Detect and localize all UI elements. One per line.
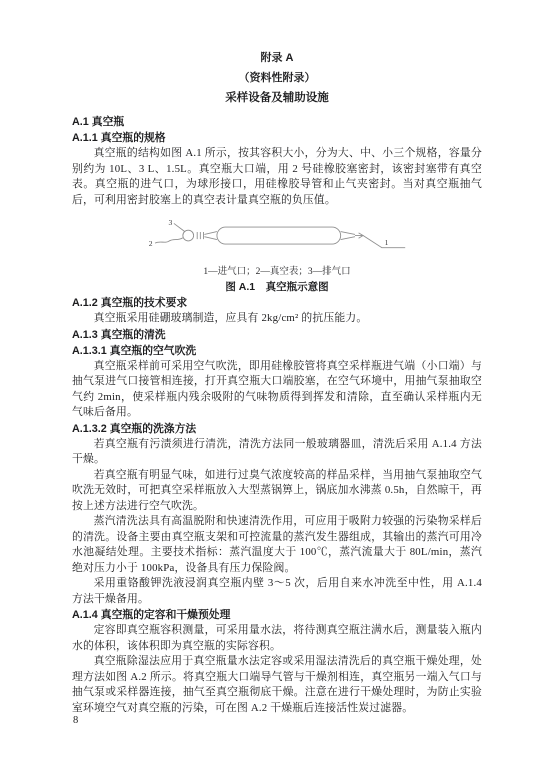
document-page: 附录 A （资料性附录） 采样设备及辅助设施 A.1 真空瓶 A.1.1 真空瓶… — [0, 0, 554, 782]
figure-a1: 3 2 1 1—进气口；2—真空表；3—排气口 图 A.1 真空瓶示意图 — [72, 216, 482, 295]
paragraph-a131: 真空瓶采样前可采用空气吹洗，即用硅橡胶管将真空采样瓶进气端（小口端）与抽气泵进气… — [72, 359, 482, 421]
figure-marker-1: 1 — [385, 238, 389, 247]
section-heading-a11: A.1.1 真空瓶的规格 — [72, 130, 482, 146]
paragraph-a132-2: 若真空瓶有明显气味，如进行过臭气浓度较高的样品采样，当用抽气泵抽取空气吹洗无效时… — [72, 468, 482, 515]
vacuum-bottle-diagram: 3 2 1 — [147, 216, 407, 256]
paragraph-a132-1: 若真空瓶有污渍须进行清洗，清洗方法同一般玻璃器皿，清洗后采用 A.1.4 方法干… — [72, 437, 482, 468]
paragraph-a11: 真空瓶的结构如图 A.1 所示，按其容积大小，分为大、中、小三个规格，容量分别约… — [72, 146, 482, 208]
paragraph-a132-4: 采用重铬酸钾洗液浸润真空瓶内壁 3～5 次，后用自来水冲洗至中性，用 A.1.4… — [72, 576, 482, 607]
figure-marker-3: 3 — [169, 218, 173, 227]
inlet-arrow-shape — [355, 233, 363, 238]
bottle-body-shape — [217, 227, 341, 244]
gauge-tube-shape — [155, 238, 183, 243]
figure-legend: 1—进气口；2—真空表；3—排气口 — [72, 265, 482, 279]
bottle-left-neck-shape — [204, 232, 217, 240]
figure-marker-2: 2 — [149, 239, 153, 248]
exhaust-tube-shape — [174, 223, 185, 231]
section-heading-a12: A.1.2 真空瓶的技术要求 — [72, 295, 482, 311]
paragraph-a14-1: 定容即真空瓶容积测量，可采用量水法，将待测真空瓶注满水后，测量装入瓶内水的体积，… — [72, 623, 482, 654]
bottle-right-neck-shape — [341, 232, 355, 240]
figure-caption: 图 A.1 真空瓶示意图 — [72, 279, 482, 295]
appendix-title: 采样设备及辅助设施 — [72, 88, 482, 108]
appendix-type: （资料性附录） — [72, 68, 482, 88]
section-heading-a131: A.1.3.1 真空瓶的空气吹洗 — [72, 343, 482, 359]
section-heading-a13: A.1.3 真空瓶的清洗 — [72, 327, 482, 343]
page-content: 附录 A （资料性附录） 采样设备及辅助设施 A.1 真空瓶 A.1.1 真空瓶… — [72, 48, 482, 716]
vacuum-gauge-shape — [183, 230, 194, 241]
paragraph-a14-2: 真空瓶除湿法应用于真空瓶量水法定容或采用湿法清洗后的真空瓶干燥处理，处理方法如图… — [72, 654, 482, 716]
section-heading-a132: A.1.3.2 真空瓶的洗涤方法 — [72, 421, 482, 437]
appendix-label: 附录 A — [72, 48, 482, 68]
section-heading-a1: A.1 真空瓶 — [72, 114, 482, 130]
page-number: 8 — [73, 715, 78, 726]
paragraph-a12: 真空瓶采用硅硼玻璃制造，应具有 2kg/cm² 的抗压能力。 — [72, 311, 482, 327]
section-heading-a14: A.1.4 真空瓶的定容和干燥预处理 — [72, 607, 482, 623]
paragraph-a132-3: 蒸汽清洗法具有高温脱附和快速清洗作用，可应用于吸附力较强的污染物采样后的清洗。设… — [72, 514, 482, 576]
stopper-ribs-shape — [197, 232, 203, 239]
